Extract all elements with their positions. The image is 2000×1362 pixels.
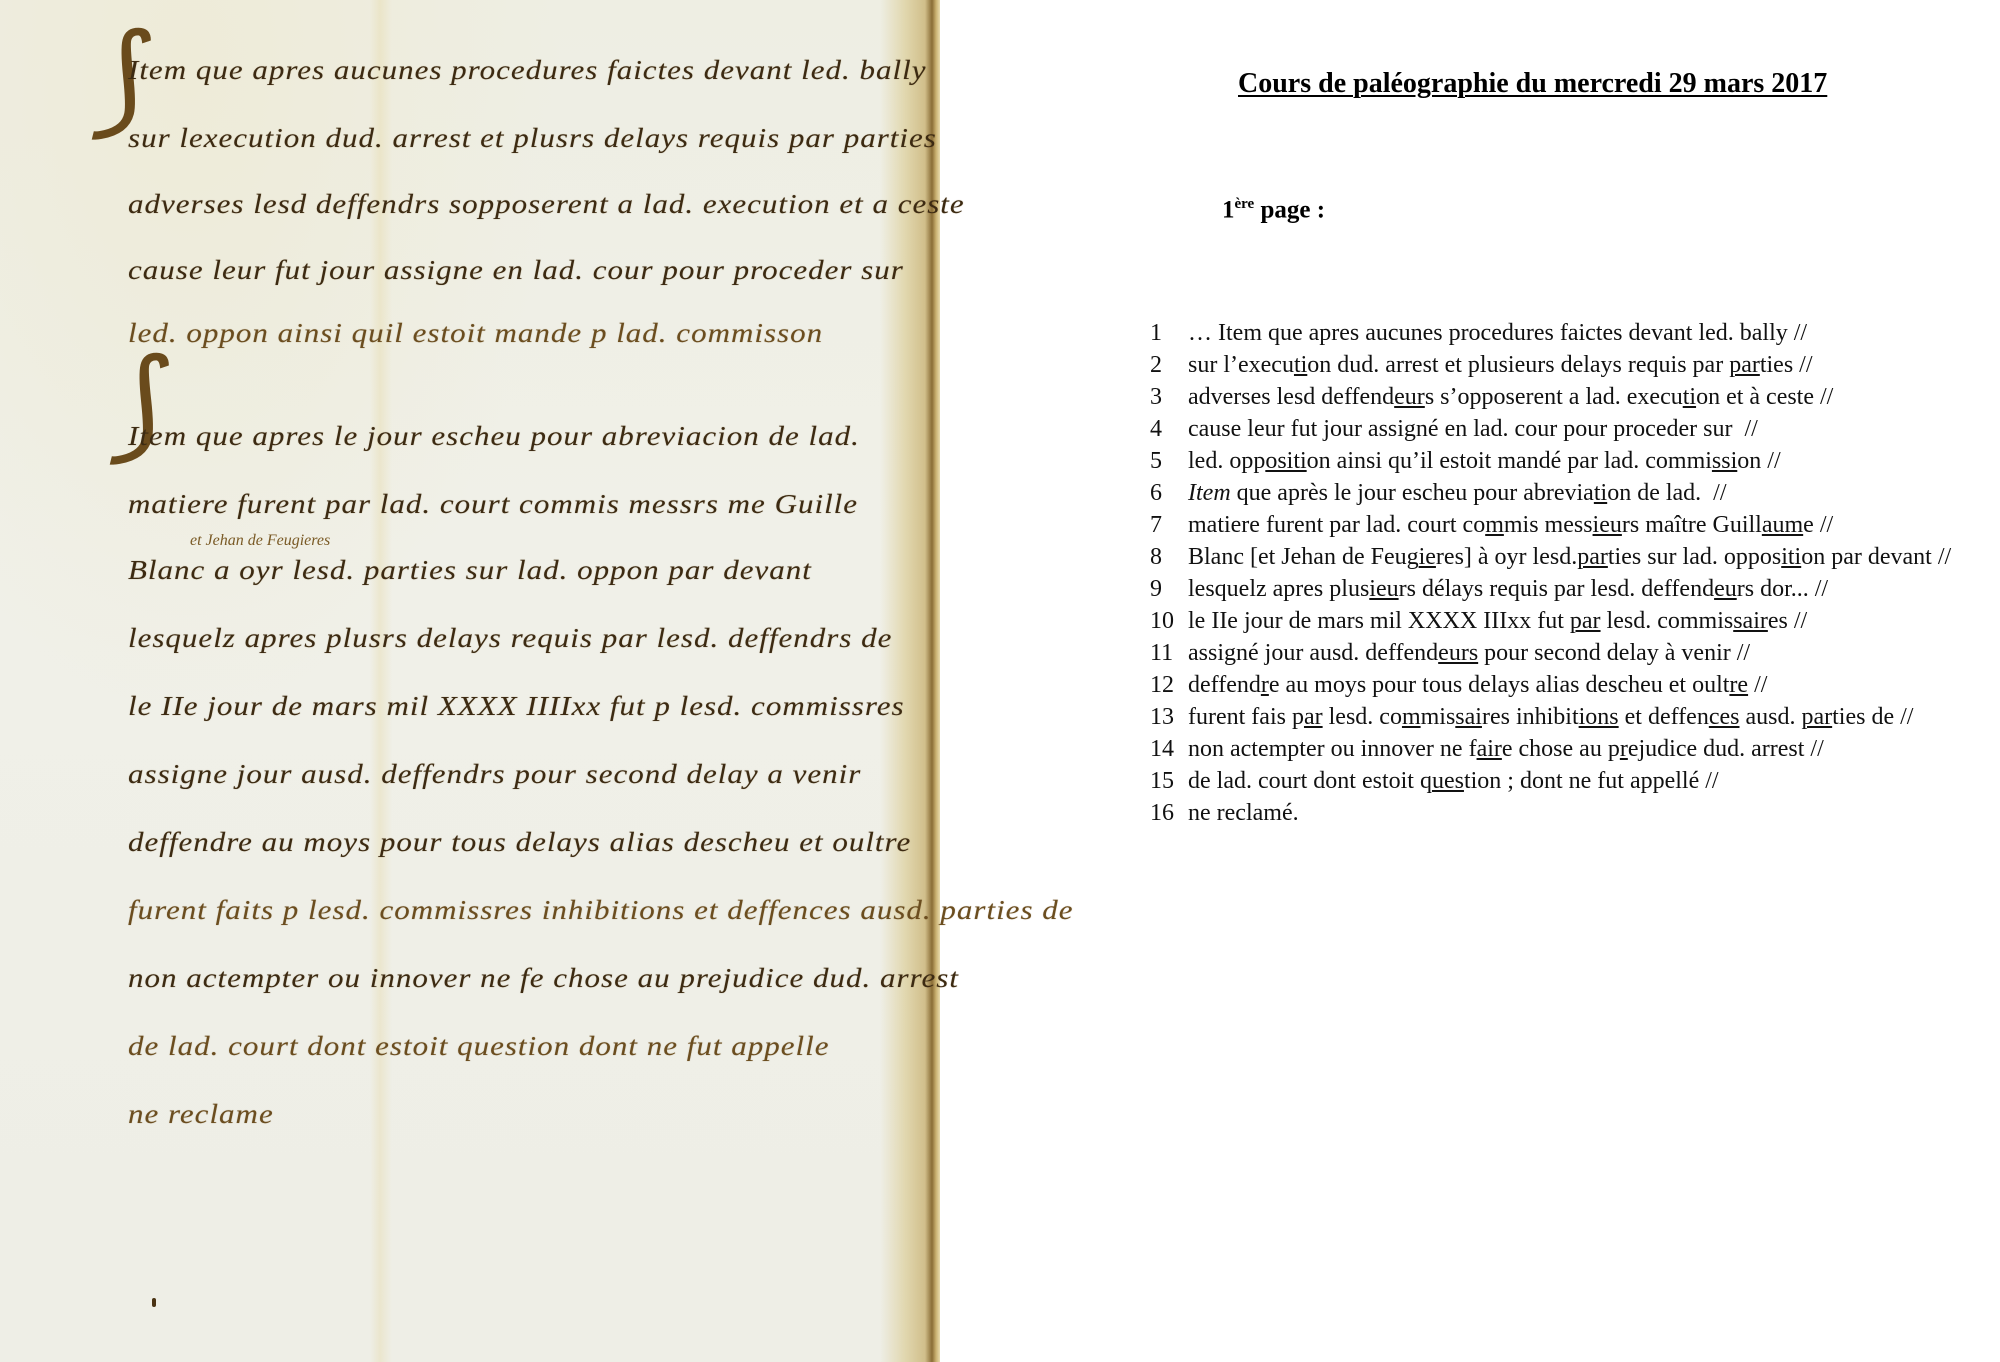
line-text: deffendre au moys pour tous delays alias…	[1188, 669, 1990, 701]
line-number: 2	[1150, 349, 1188, 381]
line-number: 13	[1150, 701, 1188, 733]
line-number: 7	[1150, 509, 1188, 541]
line-text: assigné jour ausd. deffendeurs pour seco…	[1188, 637, 1990, 669]
transcription-line: 8Blanc [et Jehan de Feugieres] à oyr les…	[1150, 541, 1990, 573]
manuscript-line: matiere furent par lad. court commis mes…	[128, 488, 858, 520]
line-text: non actempter ou innover ne faire chose …	[1188, 733, 1990, 765]
transcription-line: 9lesquelz apres plusieurs délays requis …	[1150, 573, 1990, 605]
transcription-line: 14non actempter ou innover ne faire chos…	[1150, 733, 1990, 765]
line-number: 5	[1150, 445, 1188, 477]
line-number: 8	[1150, 541, 1188, 573]
ink-spot	[152, 1298, 156, 1307]
transcription-line: 11assigné jour ausd. deffendeurs pour se…	[1150, 637, 1990, 669]
line-number: 15	[1150, 765, 1188, 797]
transcription-line: 16ne reclamé.	[1150, 797, 1990, 829]
line-text: Blanc [et Jehan de Feugieres] à oyr lesd…	[1188, 541, 1990, 573]
line-text: furent fais par lesd. commissaires inhib…	[1188, 701, 1990, 733]
page-label-number: 1	[1222, 196, 1235, 223]
manuscript-scan: ⟆ Item que apres aucunes procedures faic…	[0, 0, 940, 1362]
transcription-line: 2sur l’execution dud. arrest et plusieur…	[1150, 349, 1990, 381]
line-text: … Item que apres aucunes procedures faic…	[1188, 317, 1990, 349]
line-text: cause leur fut jour assigné en lad. cour…	[1188, 413, 1990, 445]
page-label-superscript: ère	[1235, 196, 1255, 212]
manuscript-line: Blanc a oyr lesd. parties sur lad. oppon…	[128, 554, 812, 586]
line-text: ne reclamé.	[1188, 797, 1990, 829]
transcription-line: 6Item que après le jour escheu pour abre…	[1150, 477, 1990, 509]
transcription-line: 12deffendre au moys pour tous delays ali…	[1150, 669, 1990, 701]
line-text: led. opposition ainsi qu’il estoit mandé…	[1188, 445, 1990, 477]
transcription-line: 5led. opposition ainsi qu’il estoit mand…	[1150, 445, 1990, 477]
manuscript-line: non actempter ou innover ne fe chose au …	[128, 962, 959, 994]
manuscript-line: Item que apres aucunes procedures faicte…	[128, 54, 927, 86]
line-text: sur l’execution dud. arrest et plusieurs…	[1188, 349, 1990, 381]
manuscript-line: cause leur fut jour assigne en lad. cour…	[128, 254, 904, 286]
line-number: 3	[1150, 381, 1188, 413]
line-number: 12	[1150, 669, 1188, 701]
page-label: 1ère page :	[1222, 196, 1325, 224]
page-label-text: page :	[1254, 196, 1325, 223]
transcription-list: 1… Item que apres aucunes procedures fai…	[1150, 317, 1990, 829]
line-number: 6	[1150, 477, 1188, 509]
line-number: 16	[1150, 797, 1188, 829]
manuscript-line: le IIe jour de mars mil XXXX IIIIxx fut …	[128, 690, 905, 722]
manuscript-line: de lad. court dont estoit question dont …	[128, 1030, 829, 1062]
manuscript-line: sur lexecution dud. arrest et plusrs del…	[128, 122, 937, 154]
line-text: de lad. court dont estoit question ; don…	[1188, 765, 1990, 797]
line-text: adverses lesd deffendeurs s’opposerent a…	[1188, 381, 1990, 413]
transcription-line: 4cause leur fut jour assigné en lad. cou…	[1150, 413, 1990, 445]
line-number: 14	[1150, 733, 1188, 765]
transcription-line: 3adverses lesd deffendeurs s’opposerent …	[1150, 381, 1990, 413]
line-text: Item que après le jour escheu pour abrev…	[1188, 477, 1990, 509]
line-number: 9	[1150, 573, 1188, 605]
transcription-line: 1… Item que apres aucunes procedures fai…	[1150, 317, 1990, 349]
line-number: 10	[1150, 605, 1188, 637]
line-number: 11	[1150, 637, 1188, 669]
manuscript-line: assigne jour ausd. deffendrs pour second…	[128, 758, 861, 790]
manuscript-line: ne reclame	[128, 1098, 274, 1130]
line-text: lesquelz apres plusieurs délays requis p…	[1188, 573, 1990, 605]
transcription-line: 10le IIe jour de mars mil XXXX IIIxx fut…	[1150, 605, 1990, 637]
manuscript-line: lesquelz apres plusrs delays requis par …	[128, 622, 892, 654]
manuscript-line: deffendre au moys pour tous delays alias…	[128, 826, 911, 858]
line-text: le IIe jour de mars mil XXXX IIIxx fut p…	[1188, 605, 1990, 637]
transcription-line: 15de lad. court dont estoit question ; d…	[1150, 765, 1990, 797]
transcription-line: 13furent fais par lesd. commissaires inh…	[1150, 701, 1990, 733]
manuscript-line: Item que apres le jour escheu pour abrev…	[128, 420, 860, 452]
line-number: 4	[1150, 413, 1188, 445]
manuscript-line: furent faits p lesd. commissres inhibiti…	[128, 894, 1074, 926]
transcription-line: 7matiere furent par lad. court commis me…	[1150, 509, 1990, 541]
page-title: Cours de paléographie du mercredi 29 mar…	[1238, 68, 1827, 100]
line-number: 1	[1150, 317, 1188, 349]
manuscript-line: adverses lesd deffendrs sopposerent a la…	[128, 188, 965, 220]
line-text: matiere furent par lad. court commis mes…	[1188, 509, 1990, 541]
interlinear-note: et Jehan de Feugieres	[190, 532, 330, 550]
manuscript-line: led. oppon ainsi quil estoit mande p lad…	[128, 317, 823, 349]
